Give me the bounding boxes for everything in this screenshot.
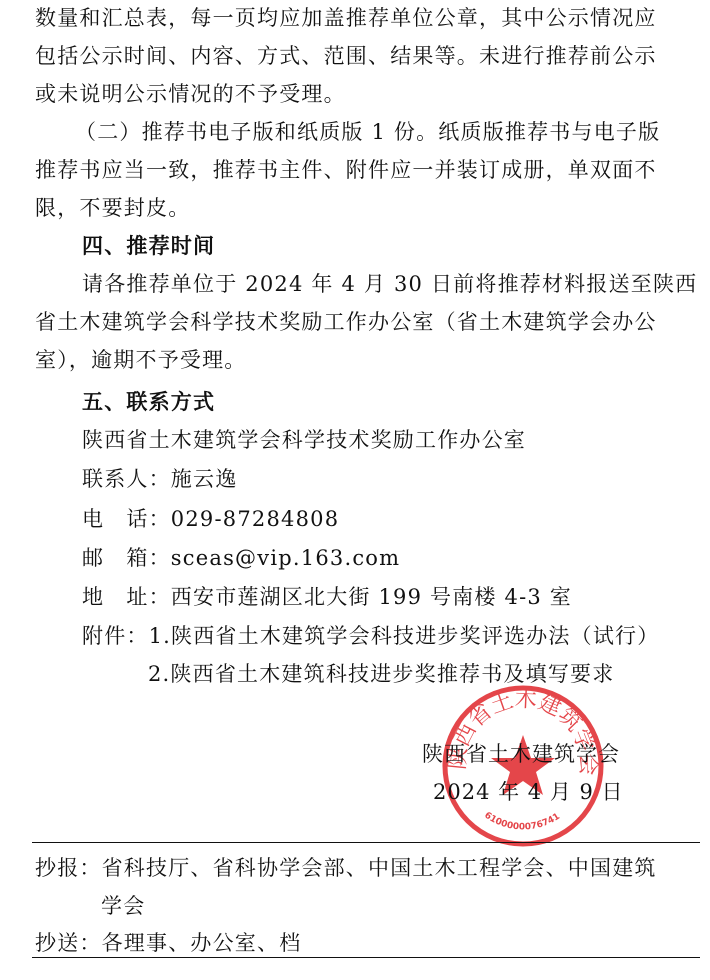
contact-person: 联系人：施云逸: [82, 467, 237, 491]
para3-line1: 请各推荐单位于 2024 年 4 月 30 日前将推荐材料报送至陕西: [82, 272, 697, 296]
contact-phone: 电 话：029-87284808: [82, 507, 339, 531]
footer-report-to: 抄报：省科技厅、省科协学会部、中国土木工程学会、中国建筑: [35, 856, 657, 880]
svg-text:6100000076741: 6100000076741: [482, 811, 562, 833]
para3-line2: 省土木建筑学会科学技术奖励工作办公室（省土木建筑学会办公: [35, 310, 657, 334]
para2-line2: 推荐书应当一致，推荐书主件、附件应一并装订成册，单双面不: [35, 158, 657, 182]
signature-date: 2024 年 4 月 9 日: [433, 776, 624, 806]
attachment-1: 附件：1.陕西省土木建筑学会科技进步奖评选办法（试行）: [82, 624, 659, 648]
para2-line3: 限，不要封皮。: [35, 196, 190, 220]
para1-line2: 包括公示时间、内容、方式、范围、结果等。未进行推荐前公示: [35, 44, 657, 68]
footer-report-to-cont: 学会: [101, 894, 145, 918]
contact-email: 邮 箱：sceas@vip.163.com: [82, 546, 400, 570]
footer-divider-bottom: [32, 957, 700, 958]
para1-line3: 或未说明公示情况的不予受理。: [35, 82, 346, 106]
section5-heading: 五、联系方式: [82, 390, 215, 414]
footer-divider-top: [32, 842, 700, 843]
contact-address: 地 址：西安市莲湖区北大街 199 号南楼 4-3 室: [82, 585, 572, 609]
footer-copy-to: 抄送：各理事、办公室、档: [35, 931, 301, 955]
signature-org: 陕西省土木建筑学会: [422, 738, 620, 768]
para2-line1: （二）推荐书电子版和纸质版 1 份。纸质版推荐书与电子版: [75, 120, 660, 144]
para3-line3: 室），逾期不予受理。: [35, 348, 247, 372]
contact-office: 陕西省土木建筑学会科学技术奖励工作办公室: [82, 428, 526, 452]
para1-line1: 数量和汇总表，每一页均应加盖推荐单位公章，其中公示情况应: [35, 6, 657, 30]
section4-heading: 四、推荐时间: [82, 234, 215, 258]
